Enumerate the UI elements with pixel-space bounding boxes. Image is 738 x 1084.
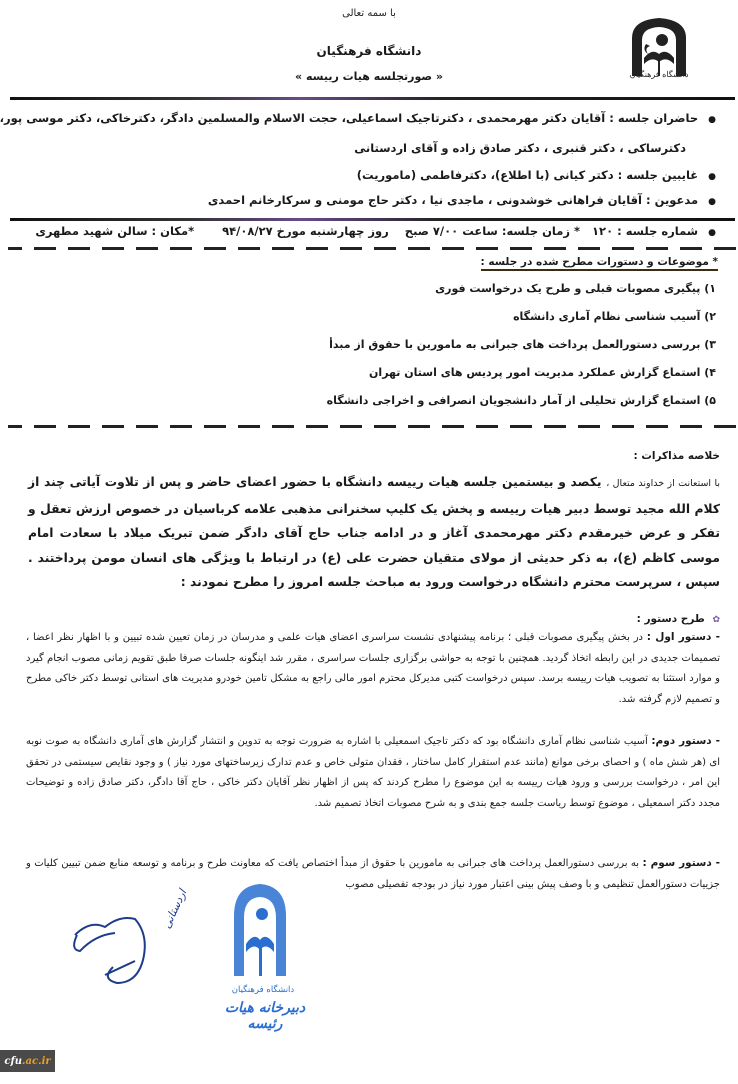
order-label: - دستور اول : xyxy=(647,631,720,643)
top-divider xyxy=(10,97,735,100)
dashed-divider xyxy=(8,425,736,428)
session-time: ۷/۰۰ صبح xyxy=(405,224,458,238)
present-attendees-cont: دکترساکی ، دکتر قنبری ، دکتر صادق زاده و… xyxy=(354,141,686,155)
signature-icon xyxy=(65,905,160,985)
bullet-icon: ● xyxy=(708,115,716,125)
bullet-icon: ● xyxy=(708,228,716,238)
watermark-suffix: .ac.ir xyxy=(22,1056,51,1067)
orders-title: ✿ طرح دستور : xyxy=(637,613,720,625)
agenda-item: ۵) استماع گزارش تحلیلی از آمار دانشجویان… xyxy=(327,394,716,407)
order-item: - دستور دوم: آسیب شناسی نظام آماری دانشگ… xyxy=(26,731,720,814)
session-number-label: شماره جلسه : xyxy=(617,224,698,238)
session-info: ● شماره جلسه : ۱۲۰ * زمان جلسه: ساعت ۷/۰… xyxy=(35,224,716,238)
watermark-prefix: cfu xyxy=(4,1056,22,1067)
session-place-label: *مکان : xyxy=(152,224,195,238)
order-item: - دستور اول : در بخش پیگیری مصوبات قبلی … xyxy=(26,627,720,710)
invited-text: آقایان فراهانی خوشدونی ، ماجدی نیا ، دکت… xyxy=(208,193,642,207)
summary-title: خلاصه مذاکرات : xyxy=(633,450,720,462)
present-attendees: ● حاضران جلسه : آقایان دکتر مهرمحمدی ، د… xyxy=(0,111,716,125)
agenda-item: ۴) استماع گزارش عملکرد مدیریت امور پردیس… xyxy=(369,366,716,379)
mid-divider xyxy=(10,218,735,221)
meeting-minutes-page: با سمه تعالی دانشگاه فرهنگیان « صورتجلسه… xyxy=(0,0,738,1084)
agenda-item: ۳) بررسی دستورالعمل پرداخت های جبرانی به… xyxy=(329,338,716,351)
stamp-logo-icon xyxy=(230,880,290,980)
absent-text: دکتر کیانی (با اطلاع)، دکترفاطمی (ماموری… xyxy=(357,168,614,182)
session-place: سالن شهید مطهری xyxy=(35,224,147,238)
dashed-divider xyxy=(8,247,736,250)
stamp-office: دبیرخانه هیات رئیسه xyxy=(210,1000,320,1032)
bullet-icon: ● xyxy=(708,172,716,182)
orders-title-text: طرح دستور : xyxy=(637,613,705,625)
bullet-icon: ● xyxy=(708,197,716,207)
order-text: در بخش پیگیری مصوبات قبلی ؛ برنامه پیشنه… xyxy=(26,632,720,705)
agenda-item: ۱) پیگیری مصوبات قبلی و طرح یک درخواست ف… xyxy=(435,282,716,295)
site-watermark: cfu.ac.ir xyxy=(0,1050,55,1072)
present-line1: آقایان دکتر مهرمحمدی ، دکترتاجیک اسماعیل… xyxy=(0,111,605,125)
present-label: حاضران جلسه : xyxy=(609,111,698,125)
order-label: - دستور دوم: xyxy=(651,735,720,747)
agenda-item: ۲) آسیب شناسی نظام آماری دانشگاه xyxy=(513,310,716,323)
session-date: ۹۴/۰۸/۲۷ xyxy=(222,224,273,238)
absent-label: غایبین جلسه : xyxy=(618,168,699,182)
invited-label: مدعوین : xyxy=(646,193,698,207)
stamp-caption: دانشگاه فرهنگیان xyxy=(218,985,308,995)
session-time-label: * زمان جلسه: ساعت xyxy=(462,224,580,238)
summary-body: با استعانت از خداوند متعال ، یکصد و بیست… xyxy=(28,470,720,595)
order-item: - دستور سوم : به بررسی دستورالعمل پرداخت… xyxy=(26,853,720,895)
session-number: ۱۲۰ xyxy=(592,224,613,238)
summary-lead: با استعانت از خداوند متعال ، xyxy=(606,478,720,489)
flower-bullet-icon: ✿ xyxy=(712,615,720,625)
absent-attendees: ● غایبین جلسه : دکتر کیانی (با اطلاع)، د… xyxy=(357,168,716,182)
logo-caption: دانشگاه فرهنگیان xyxy=(622,70,696,79)
summary-text: یکصد و بیستمین جلسه هیات رییسه دانشگاه ب… xyxy=(28,475,720,589)
order-label: - دستور سوم : xyxy=(643,857,720,869)
agenda-title: * موضوعات و دستورات مطرح شده در جلسه : xyxy=(481,256,718,271)
invited-attendees: ● مدعوین : آقایان فراهانی خوشدونی ، ماجد… xyxy=(208,193,716,207)
order-text: آسیب شناسی نظام آماری دانشگاه بود که دکت… xyxy=(26,736,720,809)
session-day: روز چهارشنبه مورخ xyxy=(277,224,389,238)
order-text: به بررسی دستورالعمل پرداخت های جبرانی به… xyxy=(26,858,720,890)
